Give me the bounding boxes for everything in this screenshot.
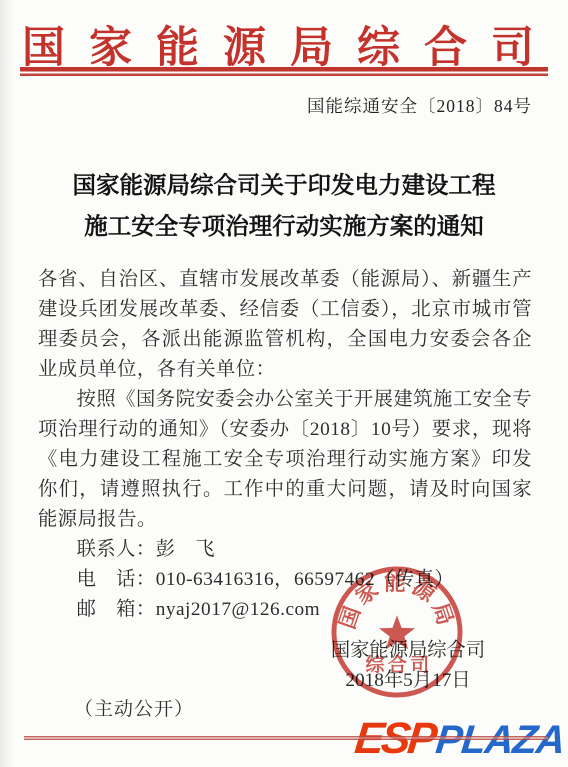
signature-org: 国家能源局综合司: [328, 636, 488, 666]
footer-divider: [24, 736, 548, 740]
disclosure-note: （主动公开）: [74, 694, 194, 721]
contact-phone-line: 电 话：010-63416316，66597462（传真）: [38, 565, 532, 595]
notice-title-line2: 施工安全专项治理行动实施方案的通知: [0, 207, 568, 248]
notice-title-line1: 国家能源局综合司关于印发电力建设工程: [0, 166, 568, 207]
letterhead-title: 国家能源局综合司: [12, 14, 568, 75]
main-paragraph: 按照《国务院安委会办公室关于开展建筑施工安全专项治理行动的通知》（安委办〔201…: [38, 385, 532, 535]
notice-body: 各省、自治区、直辖市发展改革委（能源局）、新疆生产建设兵团发展改革委、经信委（工…: [38, 265, 532, 625]
contact-email-line: 邮 箱：nyaj2017@126.com: [38, 595, 532, 625]
recipients-paragraph: 各省、自治区、直辖市发展改革委（能源局）、新疆生产建设兵团发展改革委、经信委（工…: [38, 265, 532, 385]
plaza-logo-text: PLAZA: [433, 718, 566, 762]
document-page: 国家能源局综合司 国能综通安全〔2018〕84号 国家能源局综合司关于印发电力建…: [0, 0, 568, 767]
letterhead-divider: [20, 67, 548, 76]
signature-date: 2018年5月17日: [328, 666, 488, 696]
notice-title: 国家能源局综合司关于印发电力建设工程 施工安全专项治理行动实施方案的通知: [0, 166, 568, 248]
contact-person-line: 联系人：彭 飞: [38, 535, 532, 565]
signature-block: 国家能源局综合司 2018年5月17日: [328, 636, 488, 696]
document-number: 国能综通安全〔2018〕84号: [307, 93, 532, 118]
